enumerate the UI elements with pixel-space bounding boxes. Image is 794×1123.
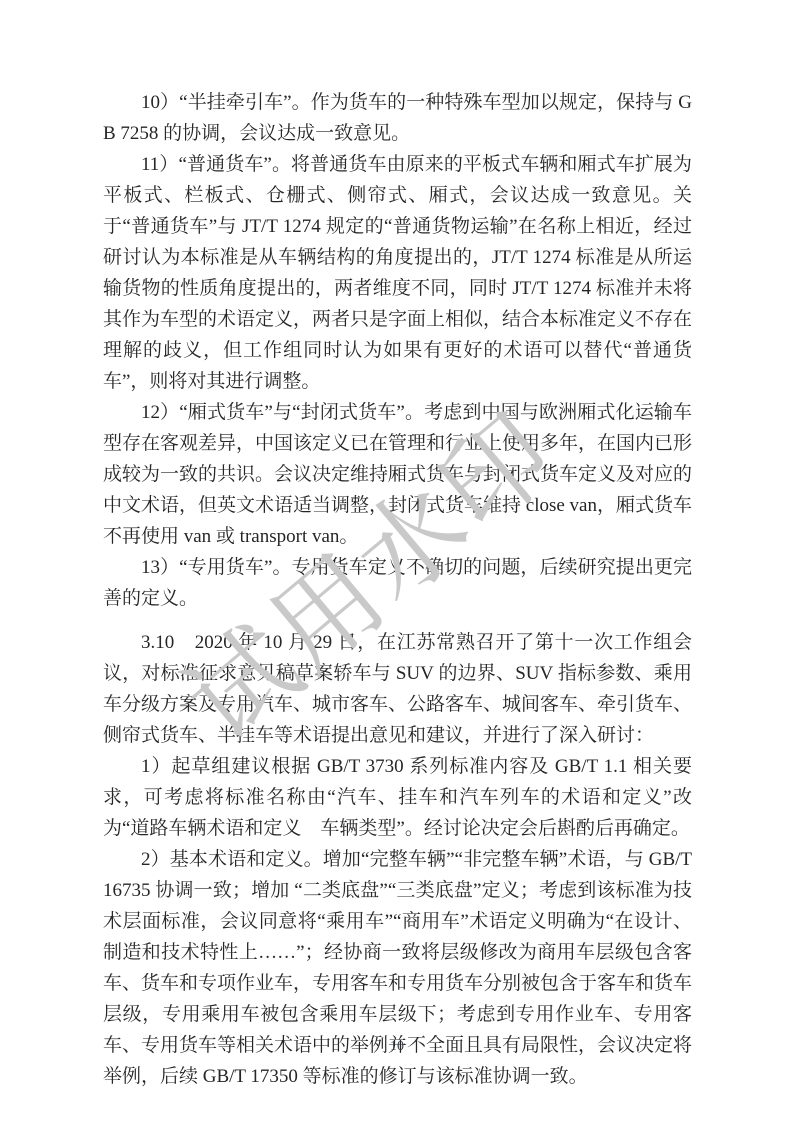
paragraph-item-13: 13）“专用货车”。专用货车定义不确切的问题，后续研究提出更完善的定义。 [103,552,692,614]
paragraph-item-11: 11）“普通货车”。将普通货车由原来的平板式车辆和厢式车扩展为平板式、栏板式、仓… [103,149,692,397]
paragraph-item-10: 10）“半挂牵引车”。作为货车的一种特殊车型加以规定，保持与 GB 7258 的… [103,87,692,149]
paragraph-subitem-1: 1）起草组建议根据 GB/T 3730 系列标准内容及 GB/T 1.1 相关要… [103,751,692,844]
page-number: 10 [0,1039,794,1055]
document-page: 10）“半挂牵引车”。作为货车的一种特殊车型加以规定，保持与 GB 7258 的… [0,0,794,1123]
paragraph-section-3-10: 3.10 2020 年 10 月 29 日，在江苏常熟召开了第十一次工作组会议，… [103,627,692,751]
document-body: 10）“半挂牵引车”。作为货车的一种特殊车型加以规定，保持与 GB 7258 的… [103,87,692,1092]
paragraph-item-12: 12）“厢式货车”与“封闭式货车”。考虑到中国与欧洲厢式化运输车型存在客观差异，… [103,397,692,552]
